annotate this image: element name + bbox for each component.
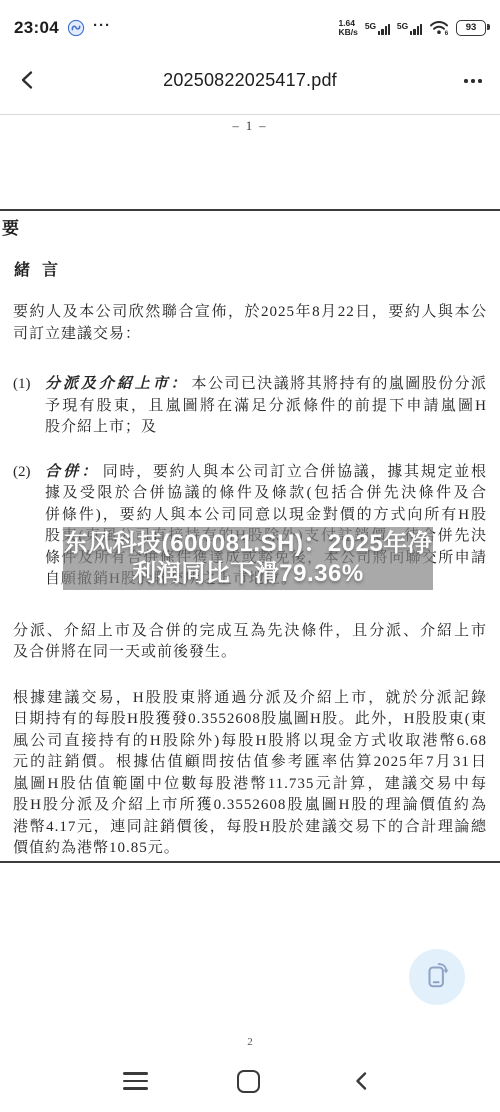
home-square-icon: [237, 1070, 260, 1093]
doc-text-line: 分派、介紹上市及合併的完成互為先決條件，且分派、介紹上市: [13, 621, 487, 643]
doc-paragraph: 根據建議交易，H股股東將通過分派及介紹上市，就於分派記錄日期持有的每股H股獲發0…: [13, 688, 487, 860]
page1-footer: – 1 –: [0, 119, 500, 134]
header-divider: [0, 114, 500, 115]
doc-text-line: 價值約為港幣10.85元。: [13, 838, 487, 860]
doc-text-line: 嵐圖H股估值範圍中位數每股港幣11.735元計算，建議交易中每: [13, 774, 487, 796]
back-icon[interactable]: [16, 68, 40, 92]
summary-section-label: 要: [2, 214, 19, 239]
rotate-screen-button[interactable]: [409, 949, 465, 1005]
wifi-icon: 6: [429, 20, 449, 35]
news-ticker-line2: 利润同比下滑79.36%: [132, 559, 363, 589]
home-button[interactable]: [231, 1064, 265, 1098]
document-title: 20250822025417.pdf: [163, 70, 337, 91]
doc-text-line: 股介紹上市；及: [45, 417, 487, 439]
status-more-icon: ···: [93, 17, 111, 34]
doc-text-line: 合併：同時，要約人與本公司訂立合併協議，據其規定並根: [45, 462, 487, 484]
page2-footer: 2: [0, 1036, 500, 1048]
introduction-heading: 緒 言: [14, 257, 62, 280]
doc-text-line: 分派及介紹上市：本公司已決議將其將持有的嵐圖股份分派: [45, 374, 487, 396]
nav-back-icon: [351, 1070, 373, 1092]
doc-text-line: 元的註銷價。根據估值顧問按估值參考匯率估算2025年7月31日: [13, 752, 487, 774]
status-bar: 23:04 ··· 1.64 KB/s 5G 5G: [0, 0, 500, 55]
battery-icon: 93: [456, 20, 486, 36]
list-marker: (1): [13, 374, 31, 396]
news-ticker-line1: 东风科技(600081.SH)：2025年净: [64, 529, 432, 559]
doc-text-line: 日期持有的每股H股獲發0.3552608股嵐圖H股。此外，H股股東(東: [13, 709, 487, 731]
doc-paragraph: 分派、介紹上市及合併的完成互為先決條件，且分派、介紹上市及合併將在同一天或前後發…: [13, 621, 487, 664]
doc-text-line: 據及受限於合併協議的條件及條款(包括合併先決條件及合: [45, 483, 487, 505]
nav-back-button[interactable]: [345, 1064, 379, 1098]
news-ticker-overlay: 东风科技(600081.SH)：2025年净 利润同比下滑79.36%: [63, 527, 433, 590]
rotate-phone-icon: [422, 960, 452, 995]
doc-text-line: 要約人及本公司欣然聯合宣佈，於2025年8月22日，要約人與本公: [13, 302, 487, 324]
doc-text-line: 予現有股東，且嵐圖將在滿足分派條件的前提下申請嵐圖H: [45, 396, 487, 418]
doc-lead-term: 合併：: [45, 464, 100, 480]
hamburger-icon: [123, 1072, 148, 1090]
android-navigation-bar: [0, 1050, 500, 1112]
doc-text-line: 股H股分派及介紹上市所獲0.3552608股嵐圖H股的理論價值約為: [13, 795, 487, 817]
more-options-icon[interactable]: [464, 79, 482, 83]
list-marker: (2): [13, 462, 31, 484]
doc-lead-term: 分派及介紹上市：: [45, 376, 189, 392]
app-notification-icon: [67, 19, 85, 37]
doc-paragraph: (1)分派及介紹上市：本公司已決議將其將持有的嵐圖股份分派予現有股東，且嵐圖將在…: [13, 374, 487, 439]
doc-text-line: 及合併將在同一天或前後發生。: [13, 642, 487, 664]
network-speed: 1.64 KB/s: [338, 19, 357, 37]
doc-text-line: 併條件)，要約人與本公司同意以現金對價的方式向所有H股: [45, 505, 487, 527]
doc-paragraph: 要約人及本公司欣然聯合宣佈，於2025年8月22日，要約人與本公司訂立建議交易：: [13, 302, 487, 345]
signal-sim1-icon: 5G: [365, 21, 390, 35]
signal-sim2-icon: 5G: [397, 21, 422, 35]
pdf-viewer-header: 20250822025417.pdf: [0, 55, 500, 105]
doc-text-line: 司訂立建議交易：: [13, 324, 487, 346]
doc-text-line: 根據建議交易，H股股東將通過分派及介紹上市，就於分派記錄: [13, 688, 487, 710]
doc-text-line: 風公司直接持有的H股除外)每股H股將以現金方式收取港幣6.68: [13, 731, 487, 753]
recents-menu-button[interactable]: [118, 1064, 152, 1098]
summary-box-bottom-border: [0, 861, 500, 863]
doc-text-line: 港幣4.17元，連同註銷價後，每股H股於建議交易下的合計理論總: [13, 817, 487, 839]
svg-text:6: 6: [445, 30, 449, 35]
clock: 23:04: [14, 18, 59, 38]
summary-box-top-border: [0, 209, 500, 211]
